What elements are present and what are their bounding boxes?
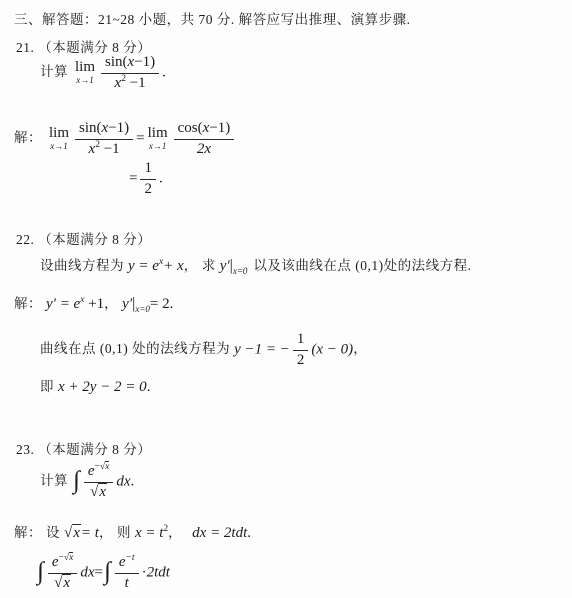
solution-label: 解： bbox=[14, 525, 42, 540]
radicand-x: x bbox=[105, 461, 109, 472]
y-prime: y′ bbox=[220, 258, 230, 274]
dx-differential: dx bbox=[80, 564, 94, 580]
period: . bbox=[170, 296, 174, 312]
q22-solution-line2: 曲线在点 (0,1) 处的法线方程为y −1 = −12(x − 0)， bbox=[40, 330, 371, 370]
dx-substitution: dx = 2tdt bbox=[192, 525, 247, 541]
section-header: 三、解答题：21~28 小题，共 70 分. 解答应写出推理、演算步骤. bbox=[14, 8, 411, 28]
simplified-equation: x + 2y − 2 = 0 bbox=[58, 379, 147, 395]
lim-word: lim bbox=[75, 60, 95, 76]
period: . bbox=[131, 473, 135, 489]
two-t-dt: 2tdt bbox=[147, 564, 170, 580]
y-prime: y′ bbox=[122, 296, 132, 312]
q23-title: 23. （本题满分 8 分） bbox=[16, 438, 151, 458]
equation-tail: +1 bbox=[84, 296, 104, 312]
equals-sign: = bbox=[136, 130, 144, 146]
q22-solution-line1: 解：y′ = ex +1，y′|x=0= 2. bbox=[14, 292, 173, 313]
comma: ， bbox=[99, 525, 113, 540]
fraction-one-half: 12 bbox=[140, 159, 156, 199]
fraction: sin(x−1)x2 −1 bbox=[101, 53, 159, 93]
radicand-x: x bbox=[98, 483, 107, 500]
lim-subscript: x→1 bbox=[148, 141, 168, 152]
q23-problem: 计算∫e−√x√xdx. bbox=[40, 462, 134, 502]
fraction-denominator: 2 bbox=[140, 179, 156, 200]
q21-solution-line1: 解：limx→1sin(x−1)x2 −1=limx→1cos(x−1)2x bbox=[14, 119, 237, 159]
fraction: sin(x−1)x2 −1 bbox=[75, 119, 133, 159]
period: . bbox=[162, 64, 166, 80]
normal-equation-tail: (x − 0) bbox=[311, 341, 353, 357]
fraction: cos(x−1)2x bbox=[174, 119, 235, 159]
q22-problem-suffix: 以及该曲线在点 (0,1)处的法线方程. bbox=[253, 258, 471, 273]
value-equals-2: = 2 bbox=[150, 296, 170, 312]
numerator-tail: −1) bbox=[108, 120, 129, 136]
q22-title: 22. （本题满分 8 分） bbox=[16, 228, 151, 248]
curve-equation: y = e bbox=[128, 258, 159, 274]
radical-sign: √ bbox=[64, 525, 72, 541]
period: . bbox=[247, 525, 251, 541]
lim-subscript: x→1 bbox=[75, 75, 95, 86]
ze-label: 则 bbox=[117, 525, 131, 540]
q21-solution-line2: =12. bbox=[129, 159, 163, 199]
exponent-neg-sqrt: −√x bbox=[59, 552, 74, 563]
exponent-neg-sqrt: −√x bbox=[95, 461, 110, 472]
qiu-label: 求 bbox=[202, 258, 216, 273]
fraction-denominator: x2 −1 bbox=[101, 73, 159, 94]
q22-solution-line3: 即x + 2y − 2 = 0. bbox=[40, 375, 150, 396]
lim-subscript: x→1 bbox=[49, 141, 69, 152]
evaluation-subscript: x=0 bbox=[135, 304, 150, 314]
denominator-tail: −1 bbox=[100, 141, 120, 157]
solution-label: 解： bbox=[14, 296, 42, 311]
e-base: e bbox=[52, 554, 59, 570]
denominator-tail: −1 bbox=[126, 75, 146, 91]
comma: ， bbox=[104, 296, 118, 311]
fraction-denominator: 2x bbox=[174, 139, 235, 160]
lim-word: lim bbox=[148, 126, 168, 142]
period: . bbox=[147, 379, 151, 395]
q23-problem-prefix: 计算 bbox=[40, 473, 68, 488]
minus-radical: −√ bbox=[95, 462, 106, 472]
fraction-numerator: e−√x bbox=[84, 462, 113, 482]
fraction-numerator: cos(x−1) bbox=[174, 119, 235, 139]
radicand-x: x bbox=[72, 524, 81, 541]
normal-line-prefix: 曲线在点 (0,1) 处的法线方程为 bbox=[40, 341, 230, 356]
fraction-denominator: √x bbox=[84, 482, 113, 503]
integral-sign: ∫ bbox=[37, 559, 44, 584]
radicand-x: x bbox=[69, 552, 73, 563]
fraction-one-half: 12 bbox=[293, 330, 309, 370]
exponent-neg-t: −t bbox=[126, 553, 135, 563]
fraction: e−√x√x bbox=[48, 553, 77, 593]
integral-sign: ∫ bbox=[104, 559, 111, 584]
numerator-tail: −1) bbox=[209, 120, 230, 136]
comma: ， bbox=[353, 341, 367, 356]
lim-word: lim bbox=[49, 126, 69, 142]
sin-function: sin( bbox=[79, 120, 102, 136]
dx-differential: dx bbox=[116, 473, 130, 489]
equals-t: = t bbox=[81, 525, 99, 541]
normal-equation-lhs: y −1 = − bbox=[234, 341, 290, 357]
fraction-numerator: 1 bbox=[140, 159, 156, 179]
limit-operator: limx→1 bbox=[148, 126, 168, 153]
period: . bbox=[159, 170, 163, 186]
fraction: e−tt bbox=[115, 553, 139, 593]
sin-function: sin( bbox=[105, 54, 128, 70]
equation-tail: + x bbox=[163, 258, 184, 274]
fraction-numerator: e−t bbox=[115, 553, 139, 573]
derivative-equation: y′ = e bbox=[46, 296, 80, 312]
numerator-tail: −1) bbox=[134, 54, 155, 70]
fraction: e−√x√x bbox=[84, 462, 113, 502]
q23-solution-line2: ∫e−√x√xdx=∫e−tt·2tdt bbox=[36, 553, 170, 593]
minus-radical: −√ bbox=[59, 553, 70, 563]
integral-sign: ∫ bbox=[73, 468, 80, 493]
cos-function: cos( bbox=[178, 120, 203, 136]
solution-label: 解： bbox=[14, 130, 42, 145]
exam-solutions-page: 三、解答题：21~28 小题，共 70 分. 解答应写出推理、演算步骤. 21.… bbox=[0, 0, 572, 598]
fraction-numerator: e−√x bbox=[48, 553, 77, 573]
equals-sign: = bbox=[95, 564, 103, 580]
fraction-numerator: sin(x−1) bbox=[75, 119, 133, 139]
limit-operator: limx→1 bbox=[75, 60, 95, 87]
q22-problem: 设曲线方程为y = ex+ x，求y′|x=0以及该曲线在点 (0,1)处的法线… bbox=[40, 254, 476, 275]
q21-problem-prefix: 计算 bbox=[40, 64, 68, 79]
evaluation-subscript: x=0 bbox=[233, 266, 248, 276]
limit-operator: limx→1 bbox=[49, 126, 69, 153]
comma: ， bbox=[168, 525, 182, 540]
fraction-denominator: √x bbox=[48, 573, 77, 594]
comma: ， bbox=[184, 258, 198, 273]
fraction-numerator: sin(x−1) bbox=[101, 53, 159, 73]
ji-label: 即 bbox=[40, 379, 54, 394]
fraction-numerator: 1 bbox=[293, 330, 309, 350]
x-equals-t-squared: x = t bbox=[135, 525, 163, 541]
q23-solution-line1: 解：设√x= t，则x = t2，dx = 2tdt. bbox=[14, 521, 251, 542]
e-base: e bbox=[119, 554, 126, 570]
fraction-denominator: 2 bbox=[293, 350, 309, 371]
radicand-x: x bbox=[62, 574, 71, 591]
fraction-denominator: x2 −1 bbox=[75, 139, 133, 160]
e-base: e bbox=[88, 463, 95, 479]
q22-problem-prefix: 设曲线方程为 bbox=[40, 258, 124, 273]
she-label: 设 bbox=[46, 525, 60, 540]
equals-sign: = bbox=[129, 170, 137, 186]
q21-problem: 计算limx→1sin(x−1)x2 −1. bbox=[40, 53, 166, 93]
fraction-denominator: t bbox=[115, 573, 139, 594]
